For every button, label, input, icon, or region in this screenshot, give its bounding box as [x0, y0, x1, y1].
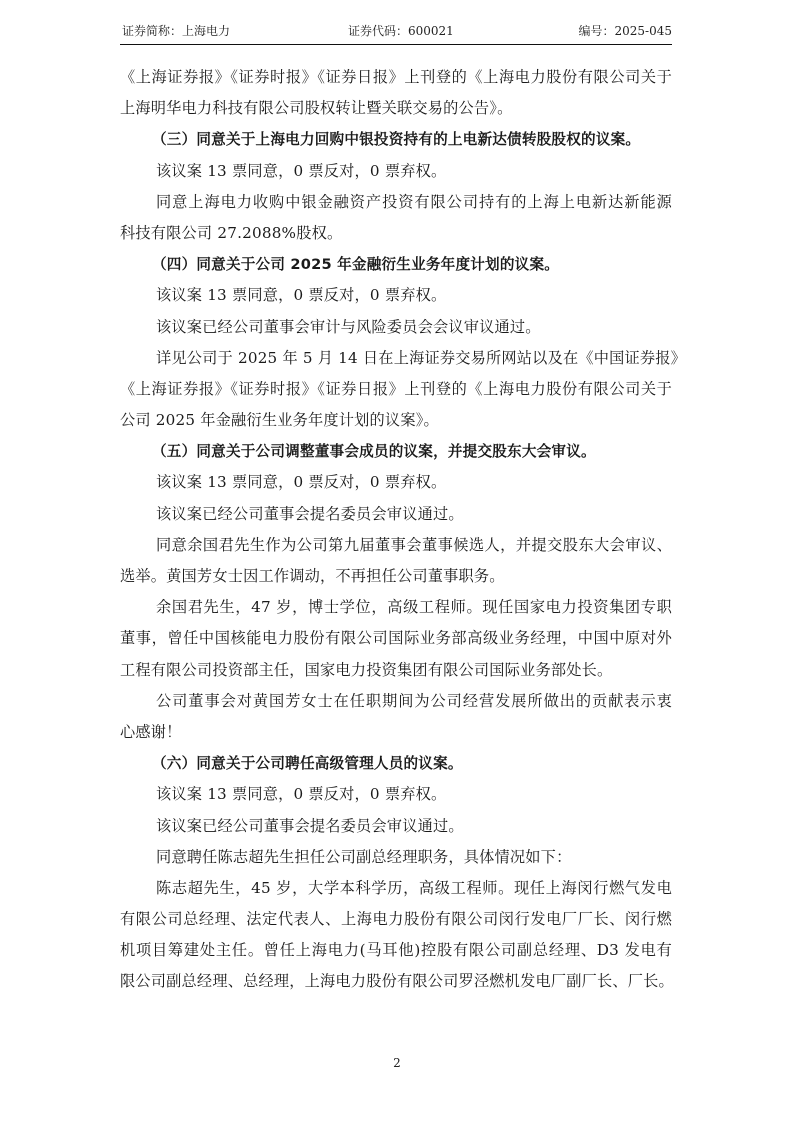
section-heading-4: （四）同意关于公司 2025 年金融衍生业务年度计划的议案。: [120, 249, 672, 280]
security-short-name: 证券简称：上海电力: [122, 22, 230, 39]
vote-result: 该议案 13 票同意，0 票反对，0 票弃权。: [120, 779, 672, 810]
body-line: 董事，曾任中国核能电力股份有限公司国际业务部高级业务经理，中国中原对外: [120, 623, 672, 654]
body-line: 限公司副总经理、总经理，上海电力股份有限公司罗泾燃机发电厂副厂长、厂长。: [120, 966, 672, 997]
body-line: 该议案已经公司董事会提名委员会审议通过。: [120, 811, 672, 842]
body-line: 公司 2025 年金融衍生业务年度计划的议案》。: [120, 405, 672, 436]
body-line: 上海明华电力科技有限公司股权转让暨关联交易的公告》。: [120, 93, 672, 124]
body-line: 该议案已经公司董事会提名委员会审议通过。: [120, 499, 672, 530]
body-line: 心感谢！: [120, 717, 672, 748]
section-heading-6: （六）同意关于公司聘任高级管理人员的议案。: [120, 748, 672, 779]
page-header: 证券简称：上海电力 证券代码：600021 编号：2025-045: [120, 18, 672, 45]
body-line: 《上海证券报》《证券时报》《证券日报》上刊登的《上海电力股份有限公司关于: [120, 374, 672, 405]
body-line: 详见公司于 2025 年 5 月 14 日在上海证券交易所网站以及在《中国证券报…: [120, 343, 672, 374]
body-line: 余国君先生，47 岁，博士学位，高级工程师。现任国家电力投资集团专职: [120, 592, 672, 623]
body-line: 选举。黄国芳女士因工作调动，不再担任公司董事职务。: [120, 561, 672, 592]
body-line: 《上海证券报》《证券时报》《证券日报》上刊登的《上海电力股份有限公司关于: [120, 62, 672, 93]
security-code: 证券代码：600021: [348, 22, 454, 39]
section-heading-3: （三）同意关于上海电力回购中银投资持有的上电新达债转股股权的议案。: [120, 124, 672, 155]
body-line: 陈志超先生，45 岁，大学本科学历，高级工程师。现任上海闵行燃气发电: [120, 873, 672, 904]
body-line: 同意上海电力收购中银金融资产投资有限公司持有的上海上电新达新能源: [120, 187, 672, 218]
body-line: 公司董事会对黄国芳女士在任职期间为公司经营发展所做出的贡献表示衷: [120, 686, 672, 717]
body-line: 同意余国君先生作为公司第九届董事会董事候选人，并提交股东大会审议、: [120, 530, 672, 561]
body-line: 有限公司总经理、法定代表人、上海电力股份有限公司闵行发电厂厂长、闵行燃: [120, 904, 672, 935]
page-number: 2: [0, 1056, 794, 1070]
vote-result: 该议案 13 票同意，0 票反对，0 票弃权。: [120, 280, 672, 311]
document-body: 《上海证券报》《证券时报》《证券日报》上刊登的《上海电力股份有限公司关于 上海明…: [120, 62, 672, 998]
body-line: 同意聘任陈志超先生担任公司副总经理职务，具体情况如下：: [120, 842, 672, 873]
vote-result: 该议案 13 票同意，0 票反对，0 票弃权。: [120, 156, 672, 187]
body-line: 工程有限公司投资部主任，国家电力投资集团有限公司国际业务部处长。: [120, 655, 672, 686]
section-heading-5: （五）同意关于公司调整董事会成员的议案，并提交股东大会审议。: [120, 436, 672, 467]
announcement-number: 编号：2025-045: [579, 22, 673, 39]
document-page: 证券简称：上海电力 证券代码：600021 编号：2025-045 《上海证券报…: [0, 0, 794, 1123]
body-line: 科技有限公司 27.2088%股权。: [120, 218, 672, 249]
vote-result: 该议案 13 票同意，0 票反对，0 票弃权。: [120, 467, 672, 498]
body-line: 该议案已经公司董事会审计与风险委员会会议审议通过。: [120, 312, 672, 343]
body-line: 机项目筹建处主任。曾任上海电力(马耳他)控股有限公司副总经理、D3 发电有: [120, 935, 672, 966]
